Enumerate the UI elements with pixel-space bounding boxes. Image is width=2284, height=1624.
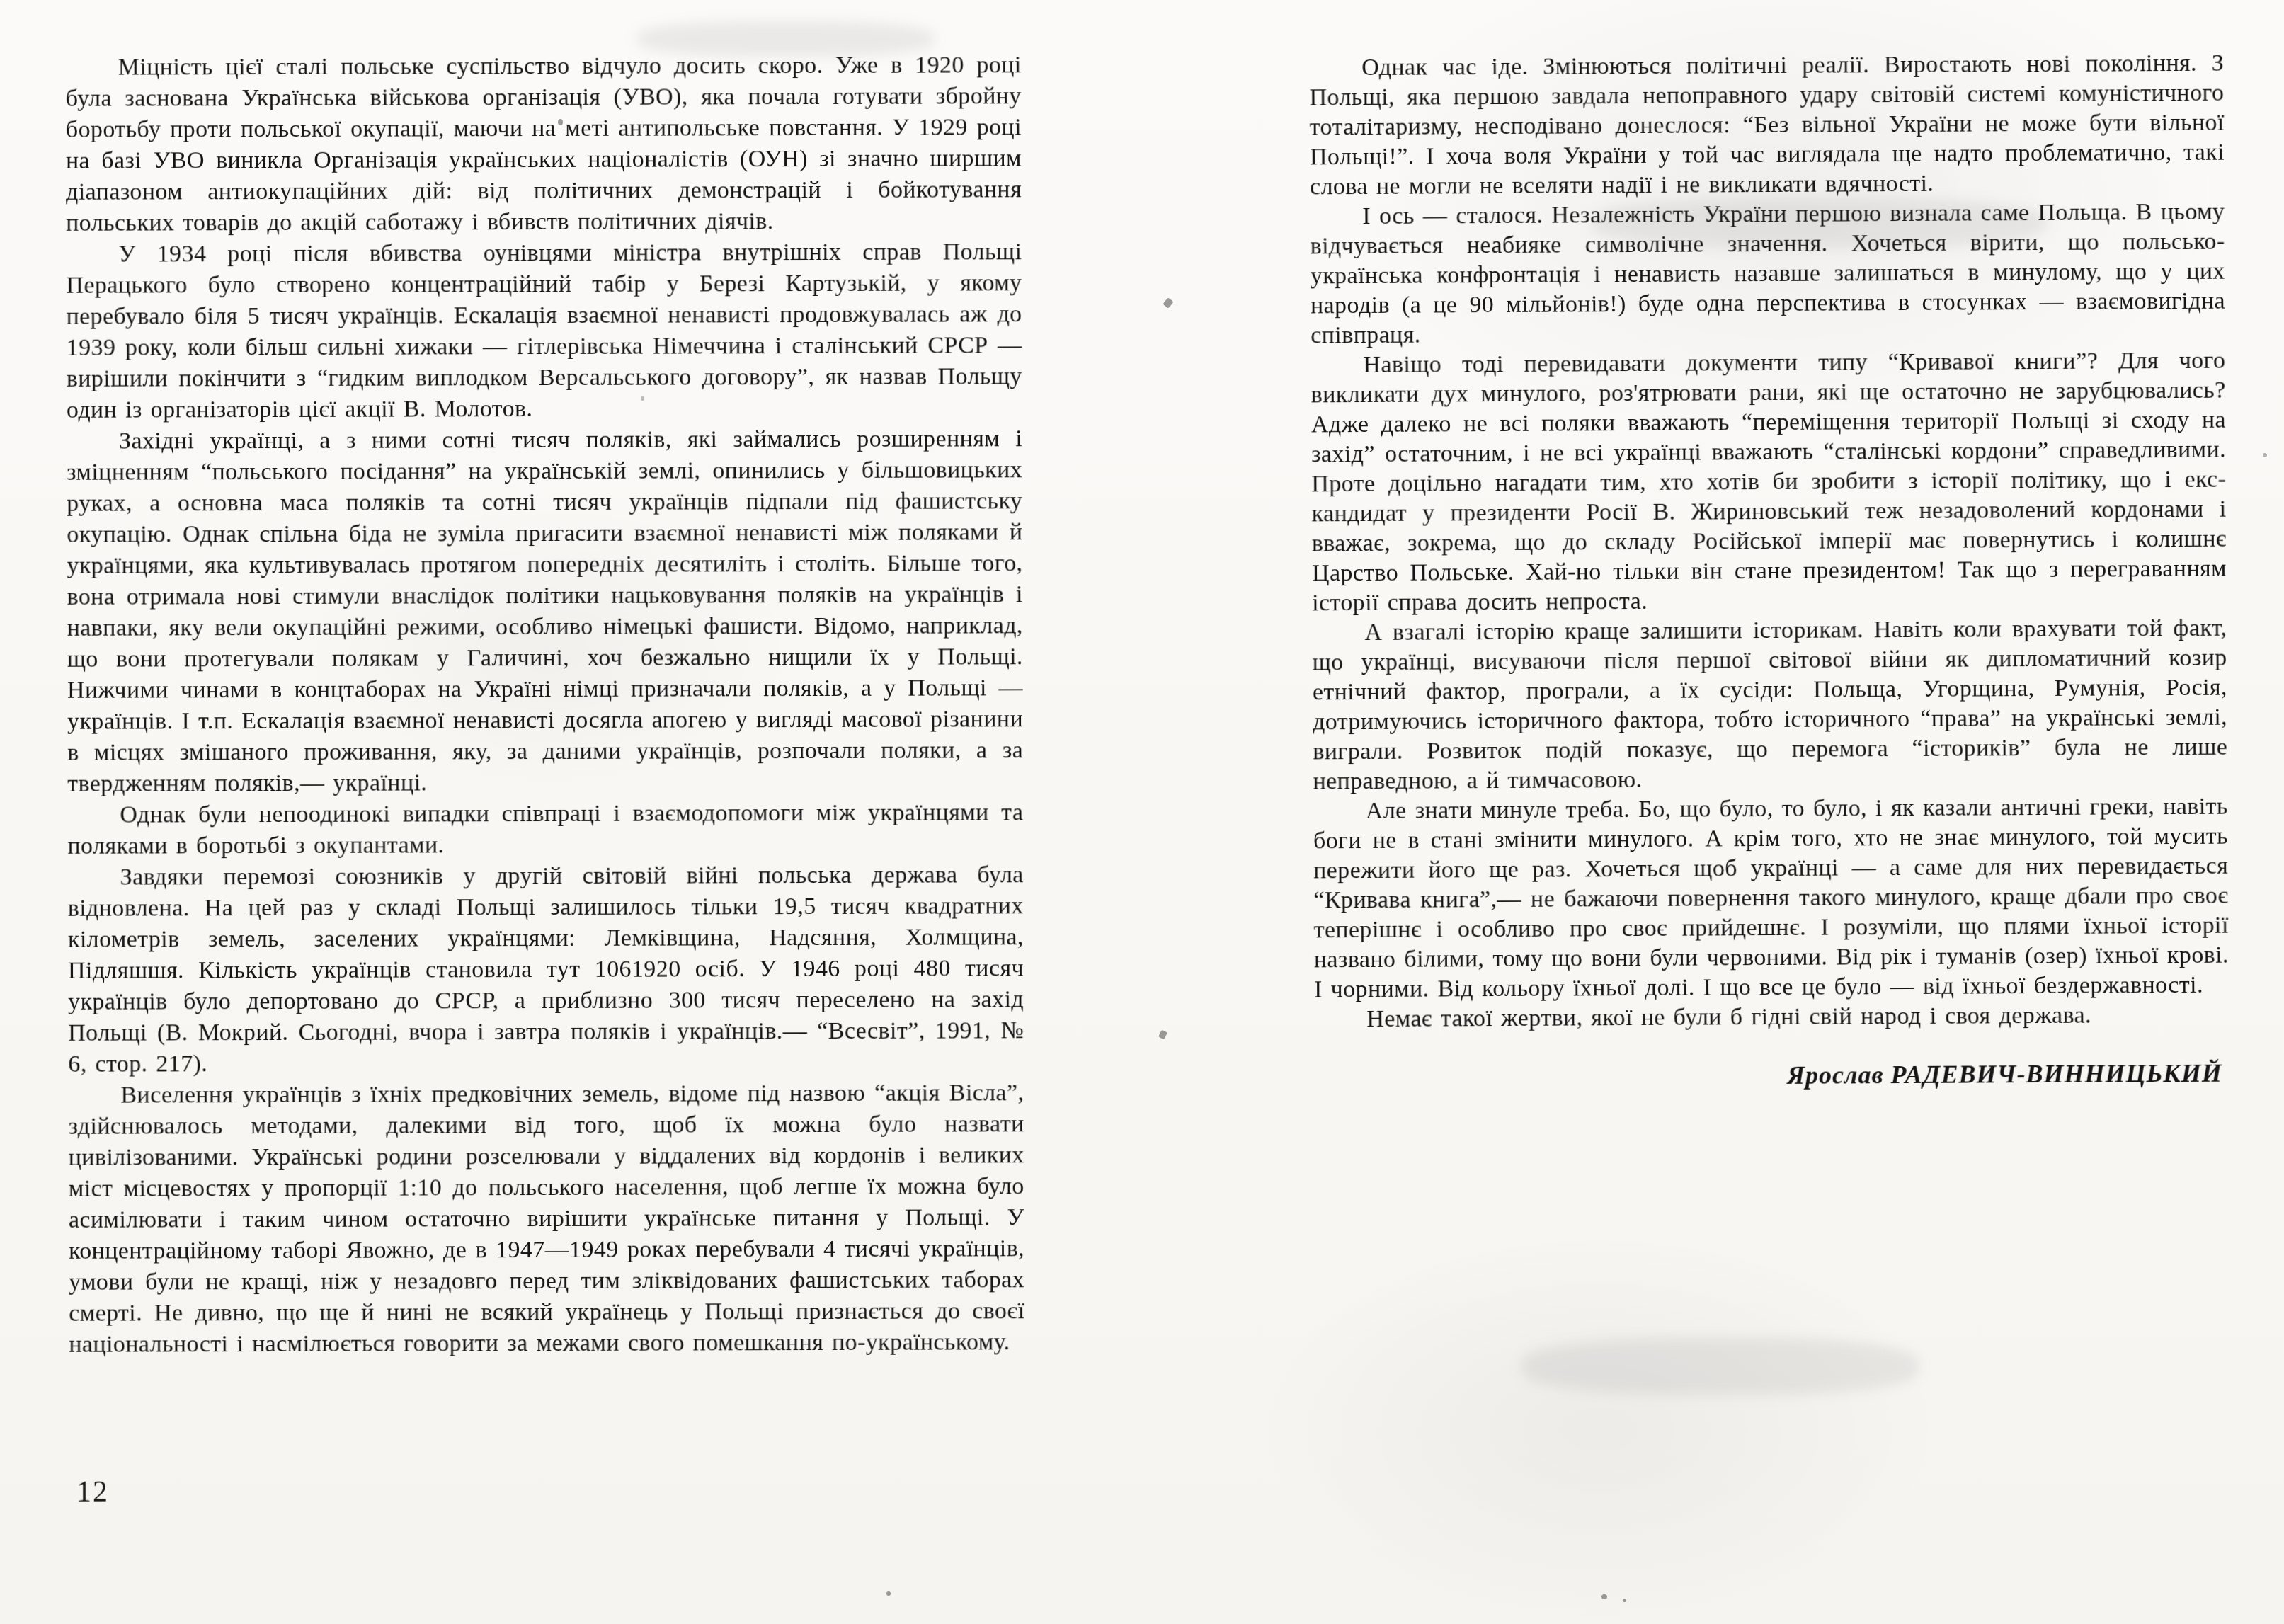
bleed-through-smudge — [1522, 1338, 1919, 1395]
scan-speck — [1158, 1030, 1167, 1040]
left-page: Міцність цієї сталі польське суспільство… — [66, 50, 1025, 1361]
scan-speck — [886, 1591, 891, 1596]
paragraph: Але знати минуле треба. Бо, що було, то … — [1313, 792, 2229, 1005]
bleed-through-smudge — [1593, 198, 2046, 248]
scan-speck — [1623, 1599, 1626, 1602]
scan-speck — [2263, 453, 2267, 457]
author-signature: Ярослав РАДЕВИЧ-ВИННИЦЬКИЙ — [1315, 1058, 2222, 1093]
scan-speck — [558, 119, 563, 125]
bleed-through-smudge — [637, 21, 935, 57]
scan-speck — [641, 396, 644, 401]
paragraph: Однак були непоодинокі випадки співпраці… — [67, 797, 1023, 862]
paragraph: Немає такої жертви, якої не були б гідні… — [1314, 1000, 2229, 1035]
scan-speck — [1163, 297, 1173, 309]
paragraph: У 1934 році після вбивства оунівцями мін… — [66, 236, 1022, 426]
paragraph: Однак час іде. Змінюються політичні реал… — [1309, 49, 2225, 202]
scan-speck — [1601, 1594, 1607, 1599]
paragraph: Виселення українців з їхніх предковічних… — [68, 1077, 1024, 1361]
scanned-spread: Міцність цієї сталі польське суспільство… — [0, 0, 2284, 1624]
paragraph: Міцність цієї сталі польське суспільство… — [66, 50, 1022, 239]
paragraph: Навіщо тоді перевидавати документи типу … — [1311, 346, 2227, 619]
paragraph: Завдяки перемозі союзників у другій світ… — [68, 859, 1024, 1080]
page-number: 12 — [76, 1475, 109, 1509]
paragraph: Західні українці, а з ними сотні тисяч п… — [67, 423, 1023, 800]
paragraph: А взагалі історію краще залишити історик… — [1312, 614, 2227, 797]
